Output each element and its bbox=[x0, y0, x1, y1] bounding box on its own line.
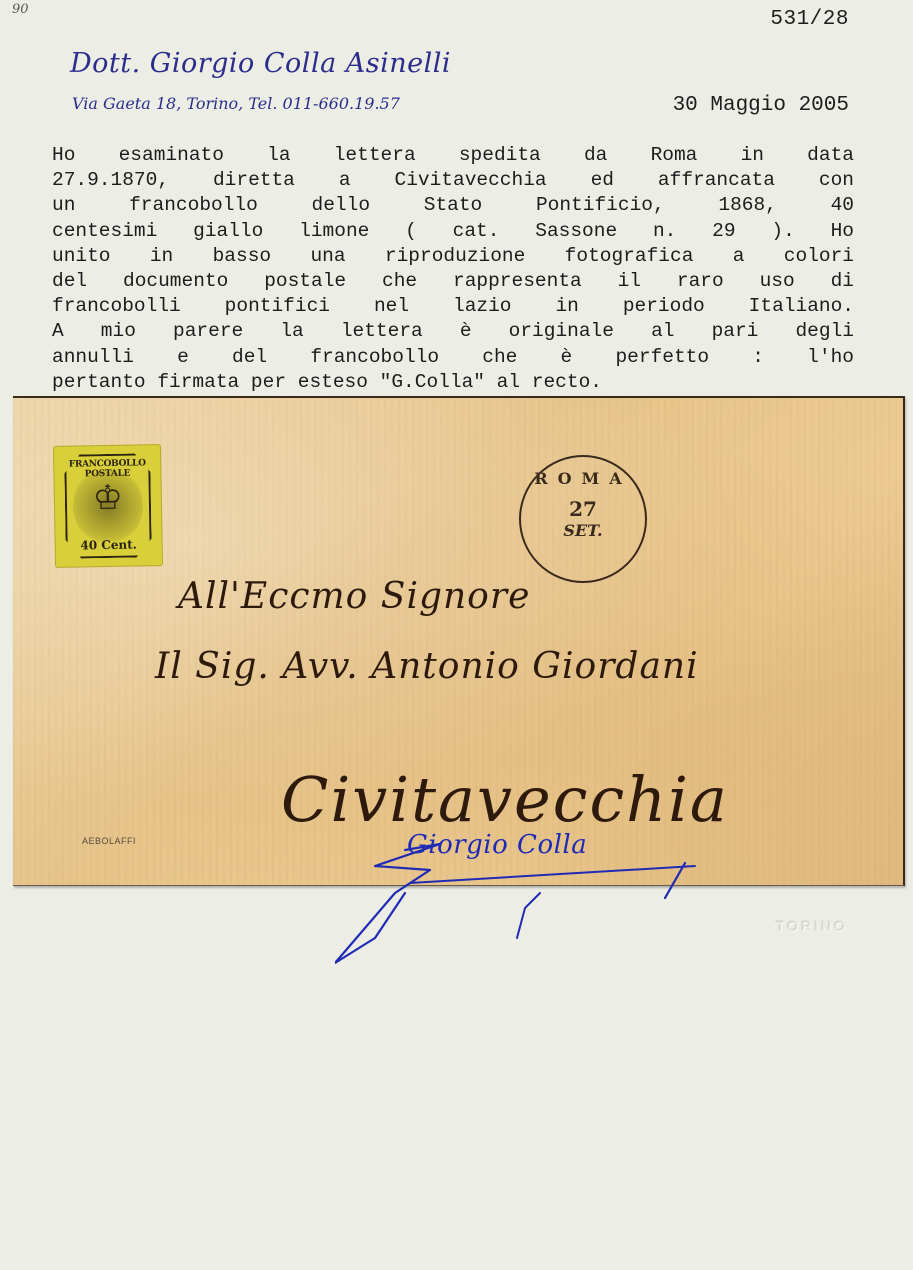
postage-stamp: FRANCOBOLLO POSTALE ♔ 40 Cent. bbox=[54, 445, 162, 567]
address-line-recipient: Il Sig. Avv. Antonio Giordani bbox=[155, 646, 699, 687]
reference-number: 531/28 bbox=[770, 8, 849, 31]
letterhead-address: Via Gaeta 18, Torino, Tel. 011-660.19.57 bbox=[72, 94, 400, 113]
postmark: ROMA 27 SET. bbox=[519, 455, 647, 583]
body-line: pertanto firmata per esteso "G.Colla" al… bbox=[52, 370, 854, 395]
pencil-note: 90 bbox=[12, 2, 29, 17]
certificate-body: Ho esaminato la lettera spedita da Roma … bbox=[52, 143, 854, 395]
postmark-city: ROMA bbox=[521, 469, 645, 488]
certificate-date: 30 Maggio 2005 bbox=[673, 94, 849, 117]
address-line-city: Civitavecchia bbox=[281, 763, 729, 836]
expert-mark: AEBOLAFFI bbox=[82, 836, 136, 846]
stamp-value: 40 Cent. bbox=[56, 537, 162, 553]
body-line: A mio parere la lettera è originale al p… bbox=[52, 319, 854, 344]
letter-cover-photo: FRANCOBOLLO POSTALE ♔ 40 Cent. ROMA 27 S… bbox=[13, 396, 905, 886]
body-line: del documento postale che rappresenta il… bbox=[52, 269, 854, 294]
body-line: unito in basso una riproduzione fotograf… bbox=[52, 244, 854, 269]
postmark-month: SET. bbox=[521, 521, 645, 540]
address-line-salutation: All'Eccmo Signore bbox=[178, 576, 530, 617]
body-line: 27.9.1870, diretta a Civitavecchia ed af… bbox=[52, 168, 854, 193]
body-line: Ho esaminato la lettera spedita da Roma … bbox=[52, 143, 854, 168]
body-line: un francobollo dello Stato Pontificio, 1… bbox=[52, 193, 854, 218]
body-line: francobolli pontifici nel lazio in perio… bbox=[52, 294, 854, 319]
papal-tiara-keys-icon: ♔ bbox=[94, 476, 121, 520]
body-line: annulli e del francobollo che è perfetto… bbox=[52, 345, 854, 370]
letterhead-name: Dott. Giorgio Colla Asinelli bbox=[70, 48, 451, 79]
body-line: centesimi giallo limone ( cat. Sassone n… bbox=[52, 219, 854, 244]
blind-embossed-stamp: TORINO bbox=[776, 918, 848, 934]
postmark-day: 27 bbox=[521, 497, 645, 521]
